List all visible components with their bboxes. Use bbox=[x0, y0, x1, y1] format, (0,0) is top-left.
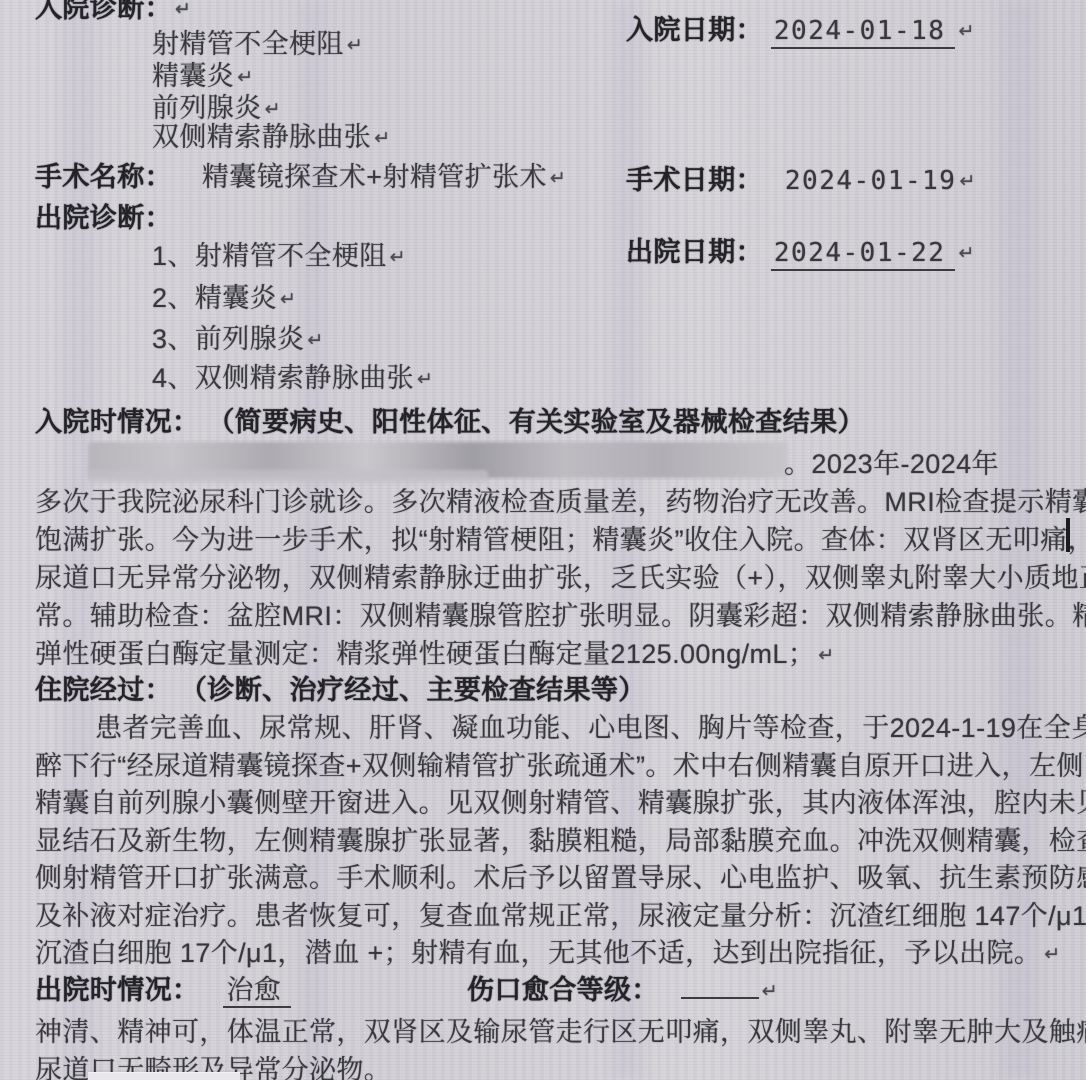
surgery-name-value: 精囊镜探查术+射精管扩张术 bbox=[202, 162, 547, 192]
bottom-window-edge bbox=[88, 1072, 240, 1080]
text-line: 显结石及新生物，左侧精囊腺扩张显著，黏膜粗糙，局部黏膜充血。冲洗双侧精囊，检查双 bbox=[35, 819, 1086, 858]
hospital-course-label: 住院经过： bbox=[35, 675, 172, 705]
hospital-course-hint: （诊断、治疗经过、主要检查结果等） bbox=[180, 675, 646, 705]
text-line: 沉渣白细胞 17个/μ1，潜血 +；射精有血，无其他不适，达到出院指征，予以出院… bbox=[35, 931, 1061, 970]
paragraph-return-icon: ↵ bbox=[958, 243, 974, 264]
discharge-date-label: 出院日期： bbox=[626, 237, 763, 267]
paragraph-return-icon: ↵ bbox=[958, 21, 974, 42]
text-line: 精囊自前列腺小囊侧壁开窗进入。见双侧射精管、精囊腺扩张，其内液体浑浊，腔内未见明 bbox=[35, 781, 1086, 820]
wound-healing-value bbox=[681, 973, 759, 999]
paragraph-return-icon: ↵ bbox=[1044, 944, 1060, 965]
admission-condition-suffix: 。2023年-2024年 bbox=[784, 442, 999, 481]
admission-date-value: 2024-01-18 bbox=[771, 16, 956, 49]
paragraph-return-icon: ↵ bbox=[390, 247, 406, 268]
discharge-diagnosis-item: 3、前列腺炎↵ bbox=[152, 317, 324, 356]
text-line: 饱满扩张。今为进一步手术，拟“射精管梗阻；精囊炎”收住入院。查体：双肾区无叩痛， bbox=[35, 518, 1086, 557]
text-line: 尿道口无异常分泌物，双侧精索静脉迂曲扩张，乏氏实验（+），双侧睾丸附睾大小质地正 bbox=[35, 556, 1086, 595]
text-line: 侧射精管开口扩张满意。手术顺利。术后予以留置导尿、心电监护、吸氧、抗生素预防感染… bbox=[35, 856, 1086, 895]
document-page: 入院诊断：↵ 射精管不全梗阻↵ 精囊炎↵ 前列腺炎↵ 双侧精索静脉曲张↵ 入院日… bbox=[0, 0, 1086, 1080]
discharge-date-row: 出院日期： 2024-01-22↵ bbox=[626, 230, 975, 269]
admission-condition-hint: （简要病史、阳性体征、有关实验室及器械检查结果） bbox=[207, 407, 865, 437]
text-line: 醉下行“经尿道精囊镜探查+双侧输精管扩张疏通术”。术中右侧精囊自原开口进入，左侧 bbox=[35, 744, 1084, 783]
text-line: 神清、精神可，体温正常，双肾区及输尿管走行区无叩痛，双侧睾丸、附睾无肿大及触痛， bbox=[35, 1010, 1086, 1049]
paragraph-return-icon: ↵ bbox=[550, 168, 566, 189]
text-cursor[interactable] bbox=[1066, 518, 1070, 552]
surgery-date-value: 2024-01-19 bbox=[785, 166, 957, 196]
discharge-date-value: 2024-01-22 bbox=[771, 238, 956, 271]
discharge-condition-row: 出院时情况： 治愈 伤口愈合等级： ↵ bbox=[35, 968, 778, 1007]
admission-date-label: 入院日期： bbox=[626, 15, 763, 45]
admission-condition-label: 入院时情况： bbox=[35, 407, 199, 437]
paragraph-return-icon: ↵ bbox=[818, 645, 834, 666]
discharge-diagnosis-item: 2、精囊炎↵ bbox=[152, 276, 296, 315]
text-line: 多次于我院泌尿科门诊就诊。多次精液检查质量差，药物治疗无改善。MRI检查提示精囊… bbox=[35, 480, 1086, 519]
paragraph-return-icon: ↵ bbox=[307, 330, 323, 351]
discharge-condition-value: 治愈 bbox=[223, 975, 291, 1008]
paragraph-return-icon: ↵ bbox=[280, 289, 296, 310]
text-line: 弹性硬蛋白酶定量测定：精浆弹性硬蛋白酶定量2125.00ng/mL；↵ bbox=[35, 632, 835, 671]
paragraph-return-icon: ↵ bbox=[959, 171, 975, 192]
paragraph-return-icon: ↵ bbox=[762, 981, 778, 1002]
hospital-course-header: 住院经过： （诊断、治疗经过、主要检查结果等） bbox=[35, 668, 646, 707]
paragraph-return-icon: ↵ bbox=[374, 128, 390, 149]
surgery-name-row: 手术名称： 精囊镜探查术+射精管扩张术↵ bbox=[35, 155, 566, 194]
surgery-date-label: 手术日期： bbox=[626, 165, 763, 195]
text-line: 常。辅助检查：盆腔MRI：双侧精囊腺管腔扩张明显。阴囊彩超：双侧精索静脉曲张。精… bbox=[35, 594, 1086, 633]
paragraph-return-icon: ↵ bbox=[175, 0, 191, 20]
discharge-condition-label: 出院时情况： bbox=[35, 975, 199, 1005]
discharge-diagnosis-label: 出院诊断： bbox=[35, 196, 172, 235]
paragraph-return-icon: ↵ bbox=[417, 369, 433, 390]
admission-condition-header: 入院时情况： （简要病史、阳性体征、有关实验室及器械检查结果） bbox=[35, 400, 865, 439]
wound-healing-label: 伤口愈合等级： bbox=[467, 975, 659, 1005]
discharge-diagnosis-item: 1、射精管不全梗阻↵ bbox=[152, 234, 406, 273]
surgery-name-label: 手术名称： bbox=[35, 162, 172, 192]
admission-diagnosis-item: 双侧精索静脉曲张↵ bbox=[152, 115, 391, 154]
text-line: 患者完善血、尿常规、肝肾、凝血功能、心电图、胸片等检查，于2024-1-19在全… bbox=[95, 706, 1086, 745]
text-line: 及补液对症治疗。患者恢复可，复查血常规正常，尿液定量分析：沉渣红细胞 147个/… bbox=[35, 894, 1086, 933]
surgery-date-row: 手术日期： 2024-01-19↵ bbox=[626, 158, 976, 197]
paragraph-return-icon: ↵ bbox=[237, 67, 253, 88]
paragraph-return-icon: ↵ bbox=[347, 35, 363, 56]
discharge-diagnosis-item: 4、双侧精索静脉曲张↵ bbox=[152, 356, 433, 395]
admission-date-row: 入院日期： 2024-01-18↵ bbox=[626, 8, 975, 47]
